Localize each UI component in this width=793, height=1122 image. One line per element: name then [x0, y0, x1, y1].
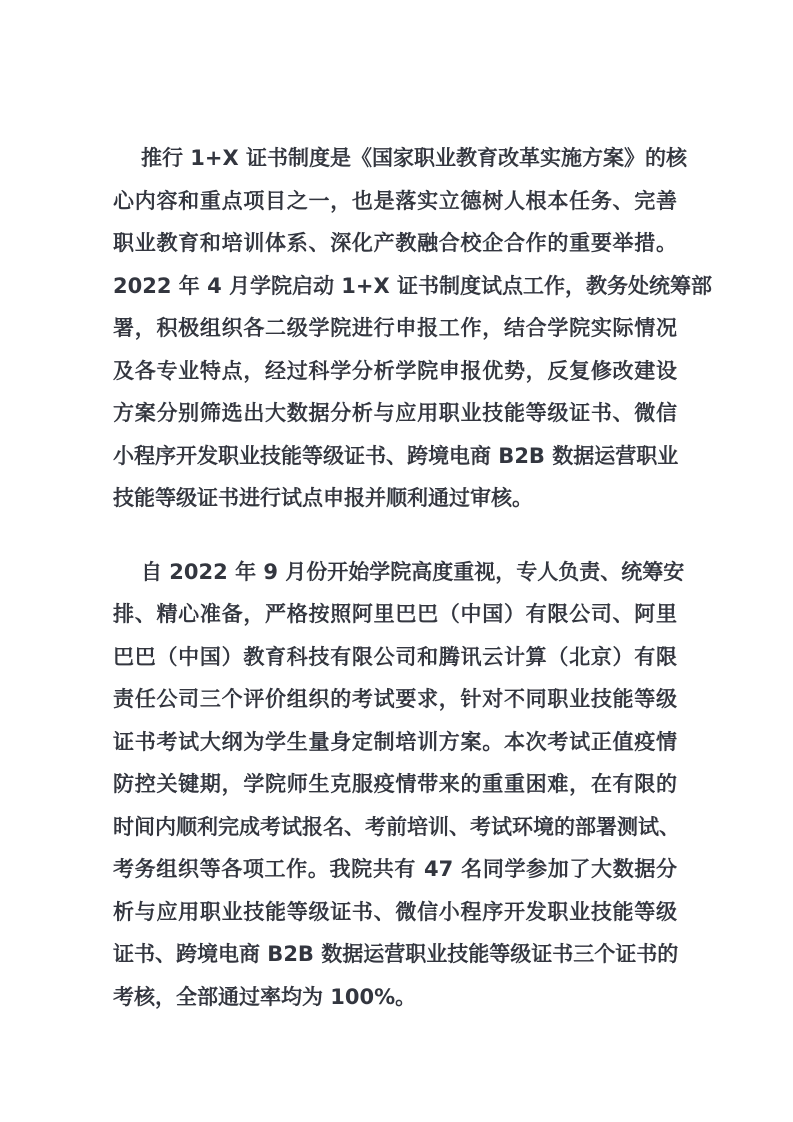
text-line: 防控关键期，学院师生克服疫情带来的重重困难，在有限的 — [113, 763, 677, 806]
text-line: 心内容和重点项目之一，也是落实立德树人根本任务、完善 — [113, 180, 677, 223]
text-line: 技能等级证书进行试点申报并顺利通过审核。 — [113, 477, 677, 520]
text-line: 时间内顺利完成考试报名、考前培训、考试环境的部署测试、 — [113, 806, 677, 849]
text-line: 巴巴（中国）教育科技有限公司和腾讯云计算（北京）有限 — [113, 636, 677, 679]
text-body: 推行 1+X 证书制度是《国家职业教育改革实施方案》的核 心内容和重点项目之一，… — [113, 137, 677, 1018]
text-line: 证书、跨境电商 B2B 数据运营职业技能等级证书三个证书的 — [113, 933, 677, 976]
text-line: 及各专业特点，经过科学分析学院申报优势，反复修改建设 — [113, 350, 677, 393]
text-line: 推行 1+X 证书制度是《国家职业教育改革实施方案》的核 — [113, 137, 677, 180]
text-line: 责任公司三个评价组织的考试要求，针对不同职业技能等级 — [113, 678, 677, 721]
text-line: 析与应用职业技能等级证书、微信小程序开发职业技能等级 — [113, 891, 677, 934]
text-line: 署，积极组织各二级学院进行申报工作，结合学院实际情况 — [113, 307, 677, 350]
text-line: 考核，全部通过率均为 100%。 — [113, 976, 677, 1019]
text-line: 2022 年 4 月学院启动 1+X 证书制度试点工作，教务处统筹部 — [113, 265, 677, 308]
text-line: 排、精心准备，严格按照阿里巴巴（中国）有限公司、阿里 — [113, 593, 677, 636]
paragraph-2: 自 2022 年 9 月份开始学院高度重视，专人负责、统筹安 排、精心准备，严格… — [113, 551, 677, 1019]
text-line: 方案分别筛选出大数据分析与应用职业技能等级证书、微信 — [113, 392, 677, 435]
document-page: 推行 1+X 证书制度是《国家职业教育改革实施方案》的核 心内容和重点项目之一，… — [0, 0, 793, 1122]
text-line: 小程序开发职业技能等级证书、跨境电商 B2B 数据运营职业 — [113, 435, 677, 478]
text-line: 职业教育和培训体系、深化产教融合校企合作的重要举措。 — [113, 222, 677, 265]
text-line: 自 2022 年 9 月份开始学院高度重视，专人负责、统筹安 — [113, 551, 677, 594]
paragraph-1: 推行 1+X 证书制度是《国家职业教育改革实施方案》的核 心内容和重点项目之一，… — [113, 137, 677, 520]
text-line: 考务组织等各项工作。我院共有 47 名同学参加了大数据分 — [113, 848, 677, 891]
text-line: 证书考试大纲为学生量身定制培训方案。本次考试正值疫情 — [113, 721, 677, 764]
